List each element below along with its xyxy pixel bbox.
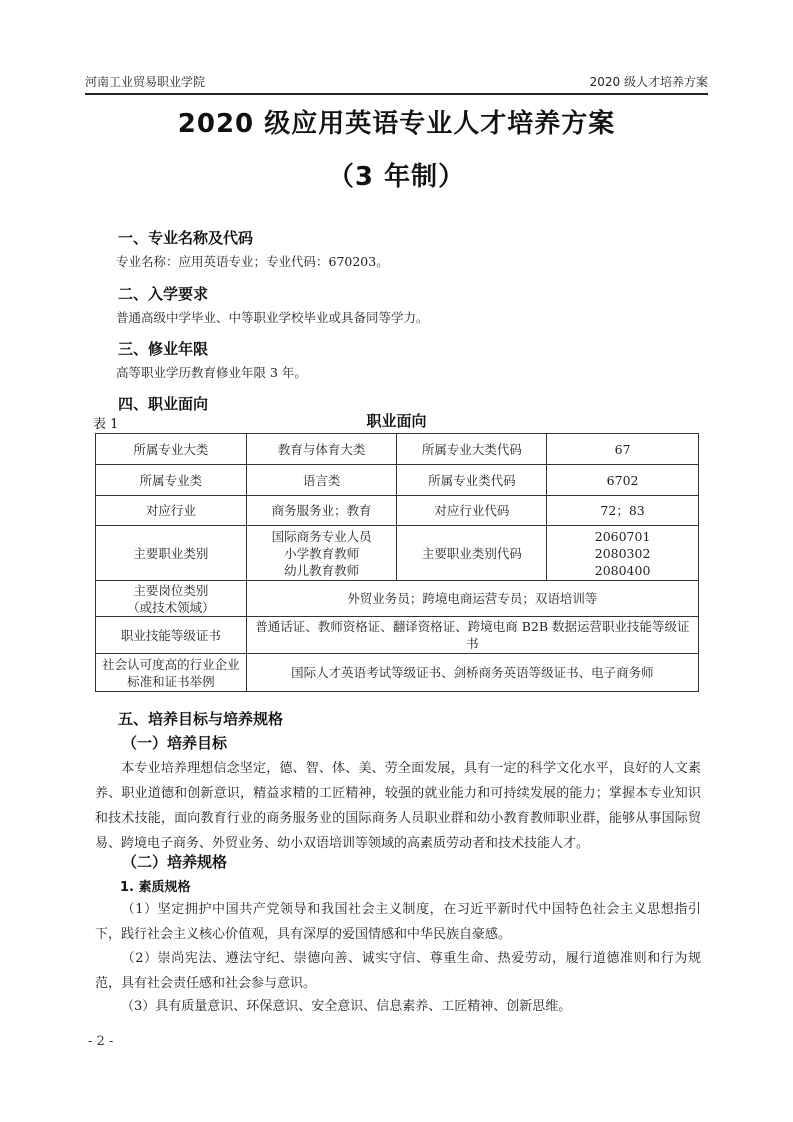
section-body-2: 普通高级中学毕业、中等职业学校毕业或具备同等学力。 (116, 308, 429, 326)
header-doc-title: 2020 级人才培养方案 (590, 73, 708, 90)
table-cell: 6702 (547, 465, 699, 496)
table-cell: 职业技能等级证书 (96, 617, 247, 654)
subsection-goal: （一）培养目标 (122, 732, 227, 753)
table-cell: 商务服务业；教育 (246, 496, 397, 526)
goal-paragraph: 本专业培养理想信念坚定，德、智、体、美、劳全面发展，具有一定的科学文化水平，良好… (95, 756, 701, 856)
spec-item-3: （3）具有质量意识、环保意识、安全意识、信息素养、工匠精神、创新思维。 (95, 994, 701, 1019)
header-institution: 河南工业贸易职业学院 (85, 73, 205, 90)
table-cell: 国际商务专业人员 小学教育教师 幼儿教育教师 (246, 526, 397, 581)
section-heading-5: 五、培养目标与培养规格 (118, 708, 283, 729)
goal-text: 本专业培养理想信念坚定，德、智、体、美、劳全面发展，具有一定的科学文化水平，良好… (95, 761, 701, 851)
spec-item-text: （3）具有质量意识、环保意识、安全意识、信息素养、工匠精神、创新思维。 (121, 999, 571, 1014)
table-cell: 对应行业代码 (397, 496, 547, 526)
table-cell: 2060701 2080302 2080400 (547, 526, 699, 581)
section-heading-3: 三、修业年限 (118, 338, 208, 359)
section-heading-2: 二、入学要求 (118, 283, 208, 304)
table-cell: 语言类 (246, 465, 397, 496)
spec-item-2: （2）崇尚宪法、遵法守纪、崇德向善、诚实守信、尊重生命、热爱劳动，履行道德准则和… (95, 946, 701, 996)
table-cell: 所属专业大类代码 (397, 434, 547, 465)
section-body-1: 专业名称：应用英语专业；专业代码：670203。 (116, 252, 389, 270)
page-header: 河南工业贸易职业学院 2020 级人才培养方案 (85, 72, 708, 95)
section-body-3: 高等职业学历教育修业年限 3 年。 (116, 363, 307, 381)
table-cell: 主要岗位类别 （或技术领域） (96, 581, 247, 617)
page-number: - 2 - (88, 1034, 113, 1049)
table-cell: 所属专业大类 (96, 434, 247, 465)
section-heading-1: 一、专业名称及代码 (118, 227, 253, 248)
table-title: 职业面向 (0, 410, 793, 431)
document-title: 2020 级应用英语专业人才培养方案 (0, 103, 793, 140)
table-row: 社会认可度高的行业企业标准和证书举例 国际人才英语考试等级证书、剑桥商务英语等级… (96, 654, 699, 692)
table-row: 所属专业类 语言类 所属专业类代码 6702 (96, 465, 699, 496)
table-row: 职业技能等级证书 普通话证、教师资格证、翻译资格证、跨境电商 B2B 数据运营职… (96, 617, 699, 654)
table-cell: 所属专业类 (96, 465, 247, 496)
table-cell: 主要职业类别代码 (397, 526, 547, 581)
table-row: 主要岗位类别 （或技术领域） 外贸业务员；跨境电商运营专员；双语培训等 (96, 581, 699, 617)
table-cell: 主要职业类别 (96, 526, 247, 581)
table-cell: 对应行业 (96, 496, 247, 526)
table-row: 所属专业大类 教育与体育大类 所属专业大类代码 67 (96, 434, 699, 465)
table-cell: 所属专业类代码 (397, 465, 547, 496)
spec-item-text: （1）坚定拥护中国共产党领导和我国社会主义制度，在习近平新时代中国特色社会主义思… (95, 902, 701, 942)
document-subtitle: （3 年制） (0, 156, 793, 193)
spec-item-1: （1）坚定拥护中国共产党领导和我国社会主义制度，在习近平新时代中国特色社会主义思… (95, 897, 701, 947)
table-cell: 教育与体育大类 (246, 434, 397, 465)
spec-item-text: （2）崇尚宪法、遵法守纪、崇德向善、诚实守信、尊重生命、热爱劳动，履行道德准则和… (95, 951, 701, 991)
subsection-spec: （二）培养规格 (122, 851, 227, 872)
table-cell: 普通话证、教师资格证、翻译资格证、跨境电商 B2B 数据运营职业技能等级证书 (246, 617, 698, 654)
table-row: 主要职业类别 国际商务专业人员 小学教育教师 幼儿教育教师 主要职业类别代码 2… (96, 526, 699, 581)
table-cell: 国际人才英语考试等级证书、剑桥商务英语等级证书、电子商务师 (246, 654, 698, 692)
table-cell: 外贸业务员；跨境电商运营专员；双语培训等 (246, 581, 698, 617)
table-cell: 社会认可度高的行业企业标准和证书举例 (96, 654, 247, 692)
table-cell: 72；83 (547, 496, 699, 526)
occupation-table: 所属专业大类 教育与体育大类 所属专业大类代码 67 所属专业类 语言类 所属专… (95, 433, 699, 692)
spec-quality-heading: 1. 素质规格 (120, 876, 191, 895)
table-row: 对应行业 商务服务业；教育 对应行业代码 72；83 (96, 496, 699, 526)
table-cell: 67 (547, 434, 699, 465)
